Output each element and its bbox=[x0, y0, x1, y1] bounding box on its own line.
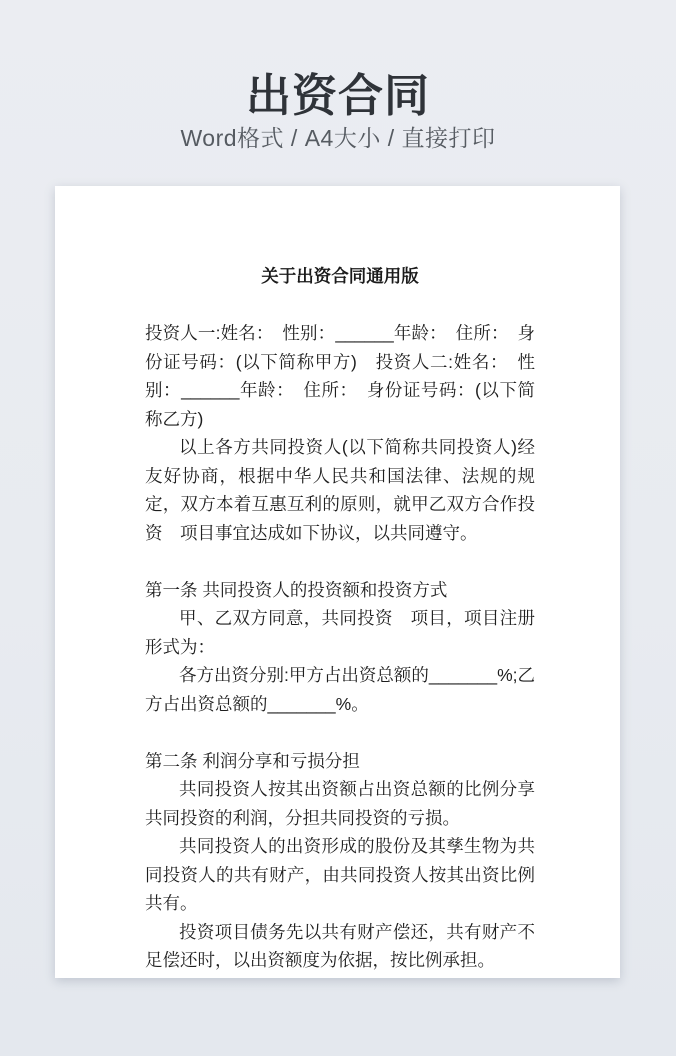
paragraph-investor-parties: 投资人一:姓名： 性别：______年龄： 住所： 身份证号码：(以下简称甲方)… bbox=[145, 319, 535, 433]
document-title: 关于出资合同通用版 bbox=[145, 262, 535, 291]
template-banner: 出资合同 Word格式 / A4大小 / 直接打印 bbox=[0, 0, 676, 150]
clause-1-heading: 第一条 共同投资人的投资额和投资方式 bbox=[145, 576, 535, 605]
template-format-subtitle: Word格式 / A4大小 / 直接打印 bbox=[0, 127, 676, 150]
clause-1-paragraph-1: 甲、乙双方同意，共同投资 项目，项目注册形式为： bbox=[145, 604, 535, 661]
clause-2-paragraph-1: 共同投资人按其出资额占出资总额的比例分享共同投资的利润，分担共同投资的亏损。 bbox=[145, 775, 535, 832]
document-page: 关于出资合同通用版 投资人一:姓名： 性别：______年龄： 住所： 身份证号… bbox=[55, 186, 620, 978]
clause-2-paragraph-3: 投资项目债务先以共有财产偿还，共有财产不足偿还时，以出资额度为依据，按比例承担。 bbox=[145, 918, 535, 975]
clause-1-paragraph-2: 各方出资分别:甲方占出资总额的_______%;乙方占出资总额的_______%… bbox=[145, 661, 535, 718]
clause-2-paragraph-2: 共同投资人的出资形成的股份及其孳生物为共同投资人的共有财产，由共同投资人按其出资… bbox=[145, 832, 535, 918]
template-title: 出资合同 bbox=[0, 0, 676, 118]
paragraph-preamble: 以上各方共同投资人(以下简称共同投资人)经友好协商，根据中华人民共和国法律、法规… bbox=[145, 433, 535, 547]
clause-2-heading: 第二条 利润分享和亏损分担 bbox=[145, 747, 535, 776]
template-preview-canvas: 出资合同 Word格式 / A4大小 / 直接打印 关于出资合同通用版 投资人一… bbox=[0, 0, 676, 1056]
